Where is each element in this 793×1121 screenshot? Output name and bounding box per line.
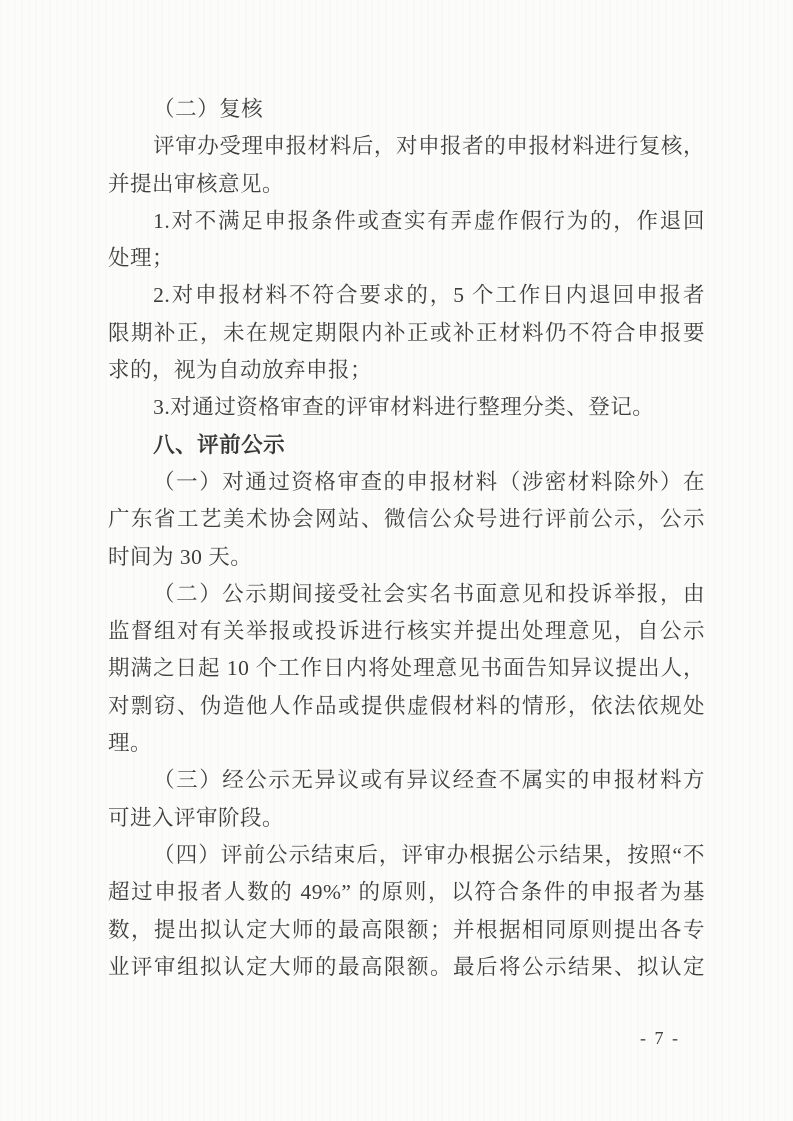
text-line: 可进入评审阶段。 xyxy=(108,800,705,837)
text-line: 业评审组拟认定大师的最高限额。最后将公示结果、拟认定 xyxy=(108,949,705,986)
document-body: （二）复核 评审办受理申报材料后，对申报者的申报材料进行复核， 并提出审核意见。… xyxy=(108,91,705,986)
text-line: 广东省工艺美术协会网站、微信公众号进行评前公示，公示 xyxy=(108,501,705,538)
text-line: 评审办受理申报材料后，对申报者的申报材料进行复核， xyxy=(108,128,705,165)
text-line: 限期补正，未在规定期限内补正或补正材料仍不符合申报要 xyxy=(108,315,705,352)
document-page: （二）复核 评审办受理申报材料后，对申报者的申报材料进行复核， 并提出审核意见。… xyxy=(0,0,793,1121)
text-line: （一）对通过资格审查的申报材料（涉密材料除外）在 xyxy=(108,464,705,501)
text-line: 求的，视为自动放弃申报； xyxy=(108,352,705,389)
text-line: 3.对通过资格审查的评审材料进行整理分类、登记。 xyxy=(108,389,705,426)
text-line: 并提出审核意见。 xyxy=(108,166,705,203)
text-line: 数，提出拟认定大师的最高限额；并根据相同原则提出各专 xyxy=(108,912,705,949)
text-line: 处理； xyxy=(108,240,705,277)
text-line: 监督组对有关举报或投诉进行核实并提出处理意见，自公示 xyxy=(108,613,705,650)
text-line: （二）复核 xyxy=(108,91,705,128)
section-heading: 八、评前公示 xyxy=(108,427,705,464)
text-line: 1.对不满足申报条件或查实有弄虚作假行为的，作退回 xyxy=(108,203,705,240)
text-line: 理。 xyxy=(108,725,705,762)
text-line: 对剽窃、伪造他人作品或提供虚假材料的情形，依法依规处 xyxy=(108,688,705,725)
text-line: （二）公示期间接受社会实名书面意见和投诉举报，由 xyxy=(108,576,705,613)
text-line: 时间为 30 天。 xyxy=(108,539,705,576)
text-line: 期满之日起 10 个工作日内将处理意见书面告知异议提出人， xyxy=(108,650,705,687)
text-line: （四）评前公示结束后，评审办根据公示结果，按照“不 xyxy=(108,837,705,874)
page-number: - 7 - xyxy=(640,1028,680,1049)
text-line: 超过申报者人数的 49%” 的原则，以符合条件的申报者为基 xyxy=(108,874,705,911)
text-line: 2.对申报材料不符合要求的，5 个工作日内退回申报者 xyxy=(108,277,705,314)
text-line: （三）经公示无异议或有异议经查不属实的申报材料方 xyxy=(108,762,705,799)
